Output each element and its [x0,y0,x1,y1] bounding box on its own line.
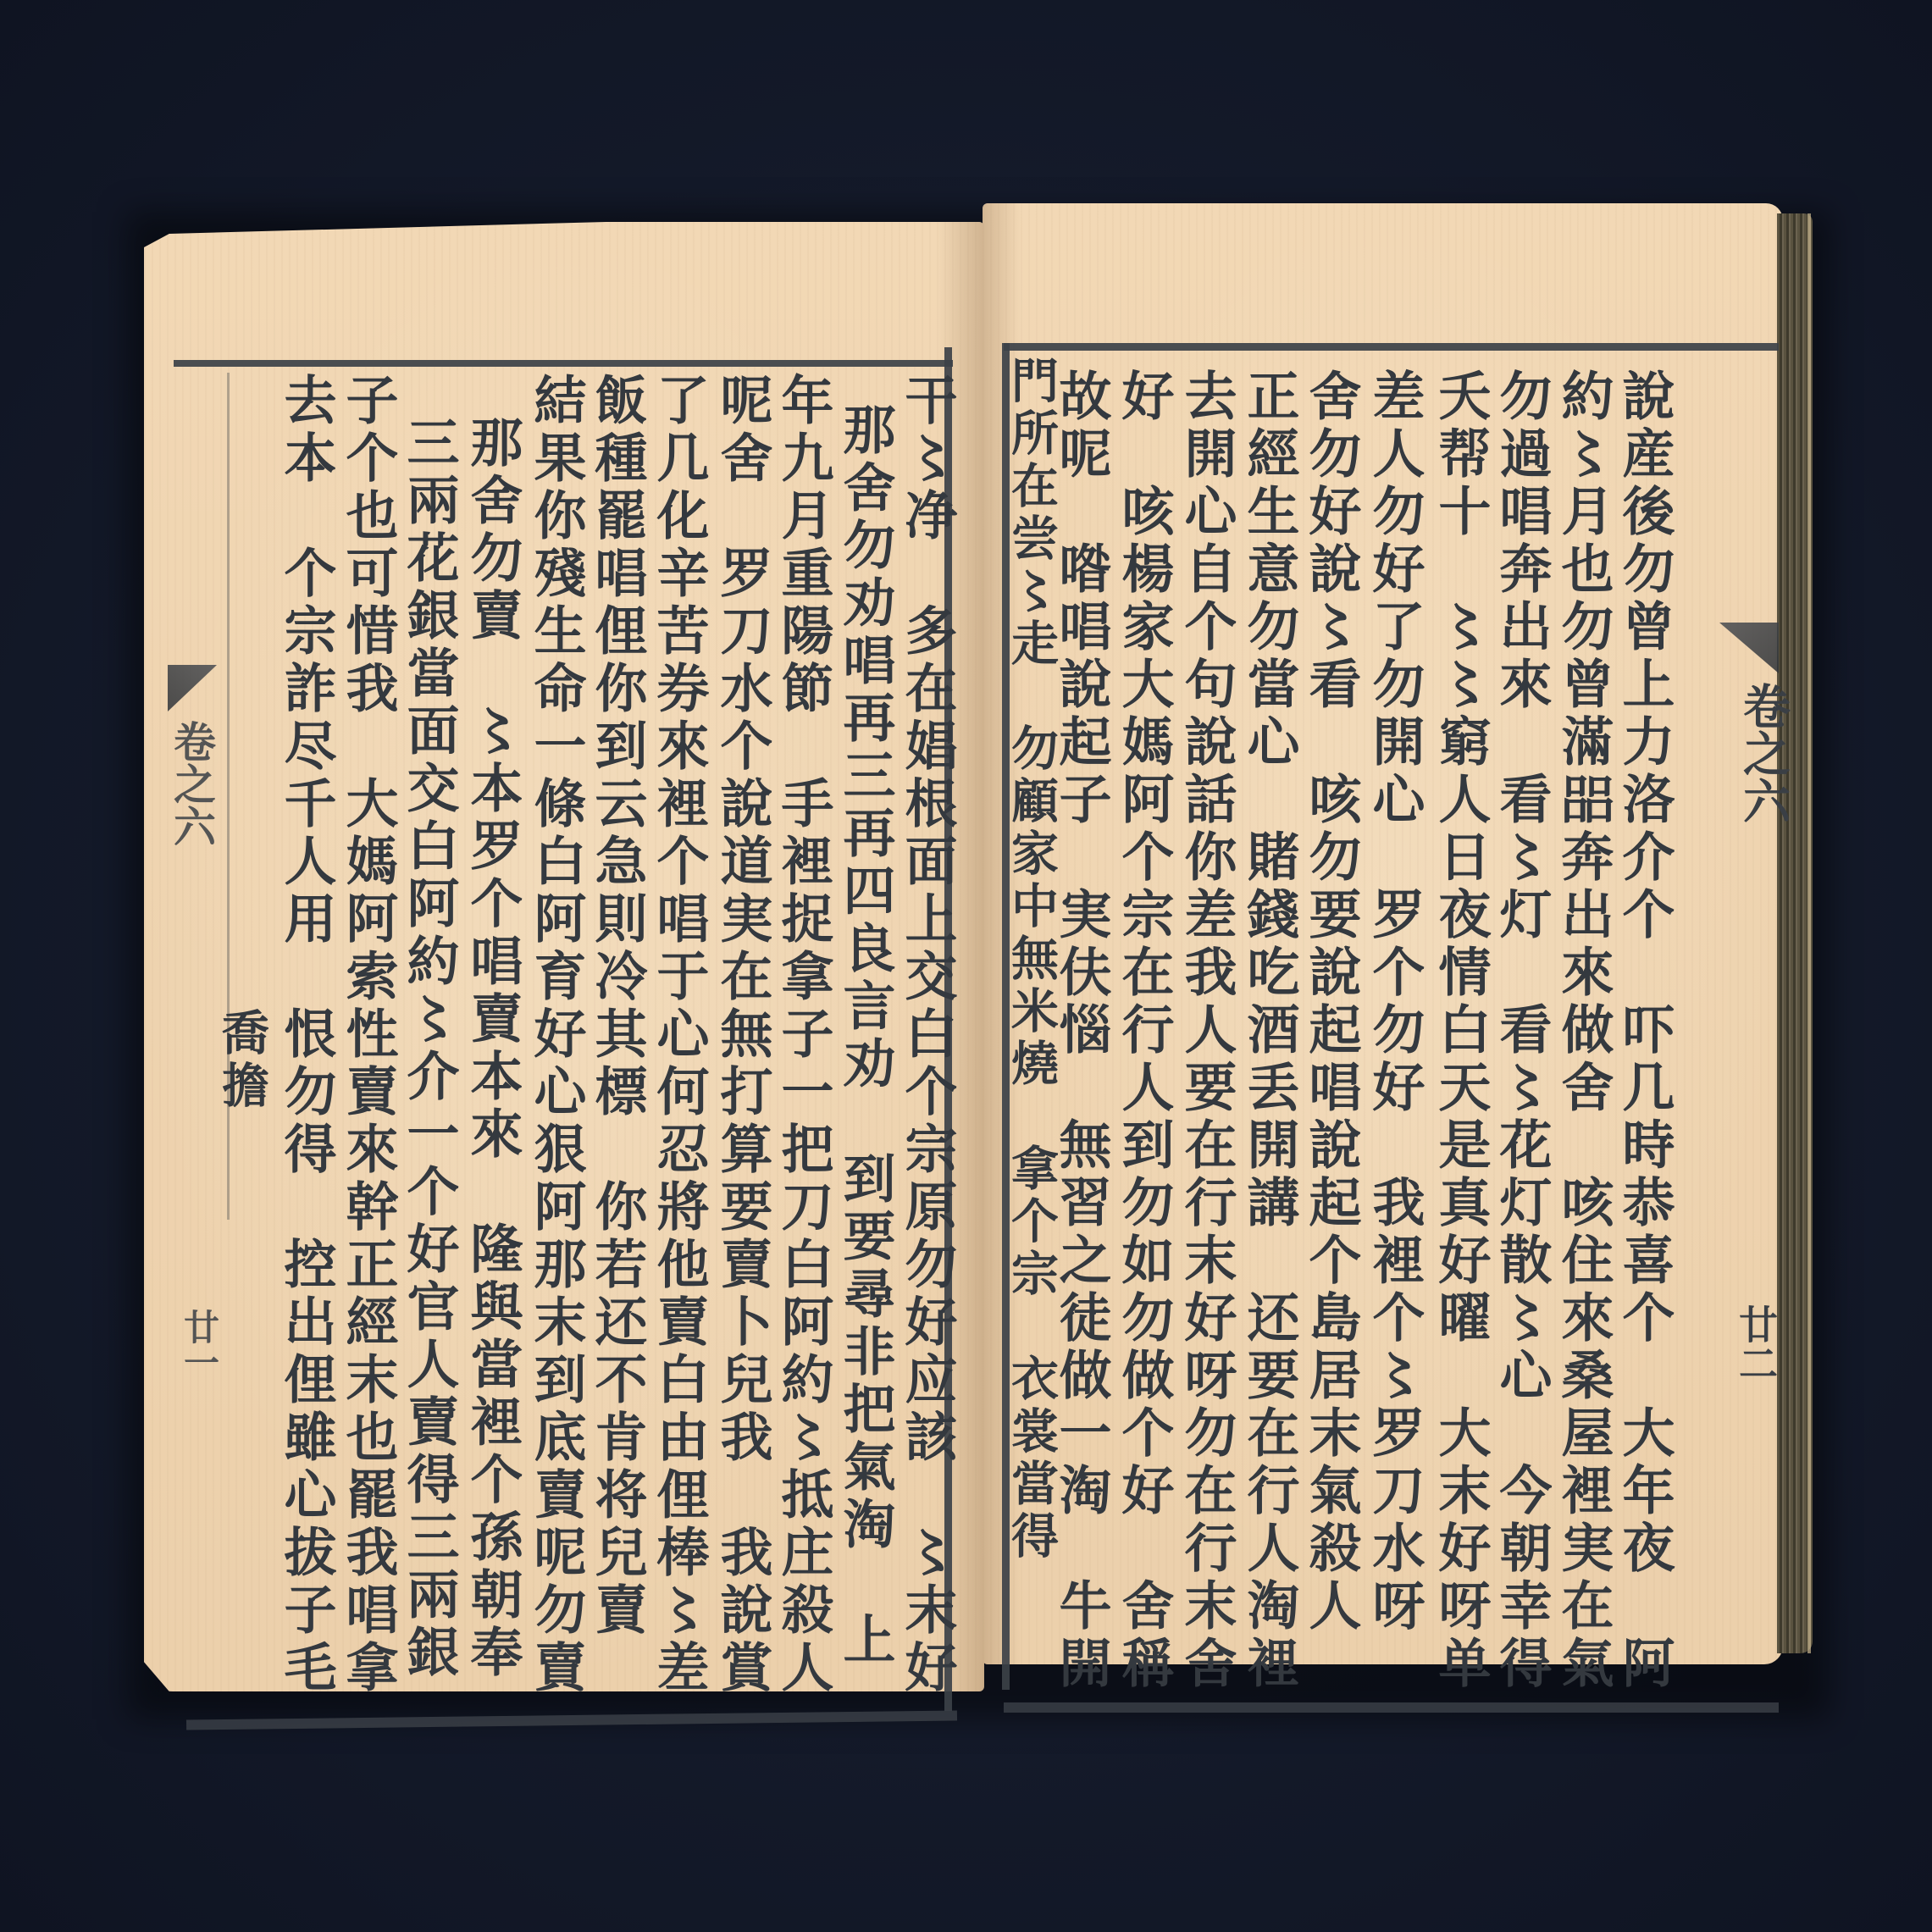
right-col-8: 去開心自个句說話你差我人要在行末好呀勿在行末舍 [1176,368,1237,1693]
left-col-2: 那舍勿劝唱再三再四良言劝 到要尋非把氣淘 上 [834,402,895,1669]
left-col-11: 去本 个宗詐尽千人用 恨勿得 控出俚雖心拔子毛 [275,373,336,1697]
left-col-12: 喬擔 [212,1008,273,1113]
right-col-1: 說産後勿曾上力洛介个 吓几時恭喜个 大年夜 阿 [1614,368,1675,1693]
right-col-6: 舍勿好說〻看 咳勿要說起唱說起个島居末氣殺人 [1300,368,1361,1636]
right-col-3: 勿過唱奔出來 看〻灯 看〻花灯散〻心 今朝幸得 [1491,368,1552,1693]
left-col-7: 結果你殘生命一條白阿育好心狠阿那末到底賣呢勿賣 [525,373,586,1697]
left-col-1: 干〻净 多在娼根面上交白个宗原勿好应該 〻末好 [896,373,957,1697]
folio-right: 廿二 [1728,1304,1784,1382]
folio-left: 廿一 [174,1309,224,1380]
right-frame-top [1004,343,1779,351]
right-col-2: 約〻月也勿曾滿㗊奔出來做舍 咳住來桑屋裡実在氣 [1553,368,1614,1693]
right-col-4: 夭帮十 〻〻窮人日夜情白天是真好曜 大末好呀单 [1430,368,1491,1693]
right-frame-bottom [1004,1702,1779,1713]
left-col-6: 飯種罷唱俚你到云急則冷其標 你若还不肯将兒賣 [586,373,647,1640]
left-col-9: 三兩花銀當面交白阿約〻介一个好官人賣得三兩銀 [398,415,459,1682]
right-col-9: 好 咳楊家大媽阿个宗在行人到勿如勿做个好 舍稱 [1113,368,1174,1693]
right-col-5: 差人勿好了勿開心 罗个勿好 我裡个〻罗刀水呀 [1364,368,1425,1636]
left-col-3: 年九月重陽節 手裡捉拿子一把刀白阿約〻抵庄殺人 [772,373,833,1697]
left-frame-top [174,360,953,367]
juan-label-left: 卷之六 [161,720,222,847]
page-block-edge [1777,213,1813,1653]
left-col-4: 呢舍 罗刀水个說道実在無打算要賣卜兒我 我說賞 [711,373,772,1697]
left-col-5: 了几化辛苦券來裡个唱于心何忍將他賣白由俚棒〻差 [648,373,709,1697]
left-col-8: 那舍勿賣 〻本罗个唱賣本來 隆與當裡个孫朝奉 [462,415,523,1682]
right-col-7: 正經生意勿當心 賭錢吃酒丢開講 还要在行人淘裡 [1238,368,1299,1693]
juan-label-right: 卷之六 [1730,682,1797,824]
right-col-11: 門所在尝〻走 勿顧家中無米燒 拿个宗 衣裳當得 [1001,356,1062,1564]
left-col-10: 子个也可惜我 大媽阿索性賣來幹正經末也罷我唱拿 [337,373,398,1697]
